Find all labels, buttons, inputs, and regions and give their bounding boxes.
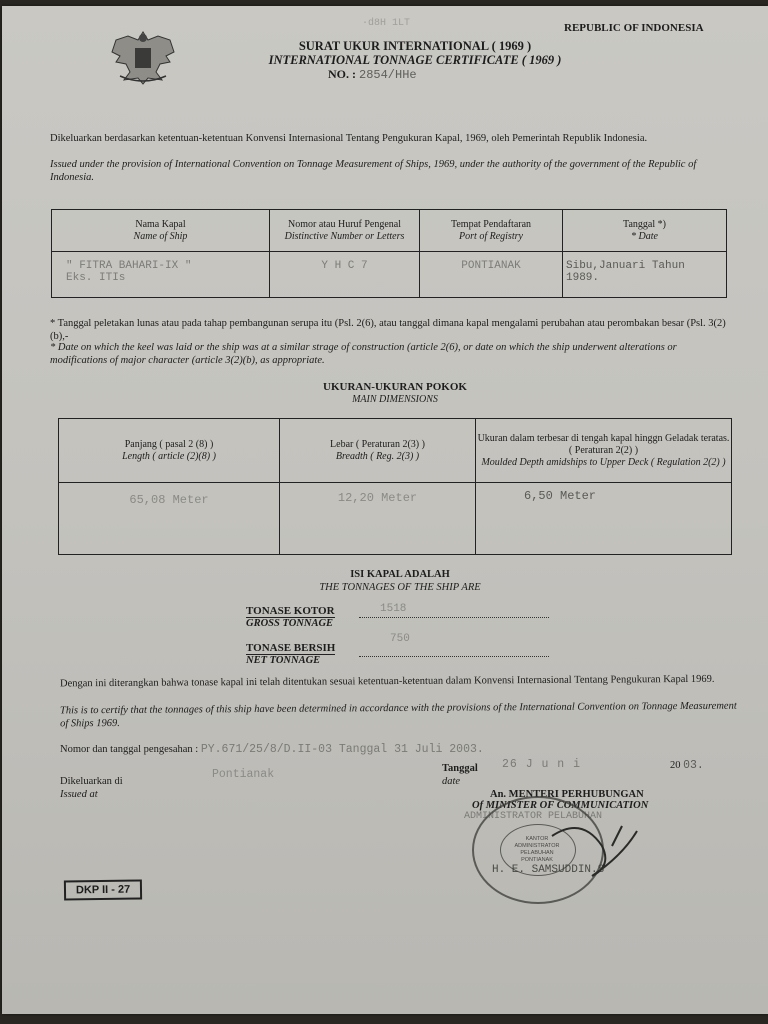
- table-row: 65,08 Meter 12,20 Meter 6,50 Meter: [59, 483, 732, 555]
- footnote-english: * Date on which the keel was laid or the…: [50, 342, 730, 367]
- number-label: NO. :: [328, 67, 356, 81]
- date-label: Tanggal date: [442, 763, 478, 788]
- intro-english: Issued under the provision of Internatio…: [50, 159, 730, 184]
- tonnage-subtitle: THE TONNAGES OF THE SHIP ARE: [32, 582, 768, 593]
- header-date: Tanggal *)* Date: [563, 210, 727, 252]
- issued-place: Pontianak: [212, 768, 274, 781]
- gross-tonnage-label: TONASE KOTOR GROSS TONNAGE: [246, 605, 335, 629]
- header-length: Panjang ( pasal 2 (8) )Length ( article …: [59, 419, 280, 483]
- signature-scribble-icon: [542, 806, 652, 896]
- header-breadth: Lebar ( Peraturan 2(3) )Breadth ( Reg. 2…: [280, 419, 476, 483]
- title-english: INTERNATIONAL TONNAGE CERTIFICATE ( 1969…: [62, 53, 768, 68]
- certificate-number: NO. : 2854/HHe: [328, 67, 417, 82]
- header-port: Tempat PendaftaranPort of Registry: [420, 210, 563, 252]
- header-depth: Ukuran dalam terbesar di tengah kapal hi…: [476, 419, 732, 483]
- gross-tonnage-value: 1518: [380, 603, 406, 615]
- approval-label: Nomor dan tanggal pengesahan :: [60, 744, 198, 755]
- dimensions-header: Panjang ( pasal 2 (8) )Length ( article …: [59, 419, 732, 483]
- faint-stamp-mark: ·d8H 1LT: [362, 18, 410, 29]
- approval-value: PY.671/25/8/D.II-03 Tanggal 31 Juli 2003…: [201, 743, 484, 756]
- net-tonnage-line: [359, 644, 549, 657]
- title-indonesian: SURAT UKUR INTERNATIONAL ( 1969 ): [62, 39, 768, 54]
- form-code-box: DKP II - 27: [64, 879, 142, 900]
- net-tonnage-label: TONASE BERSIH NET TONNAGE: [246, 642, 335, 666]
- dimensions-table: Panjang ( pasal 2 (8) )Length ( article …: [58, 418, 732, 555]
- header-ship-name: Nama KapalName of Ship: [52, 210, 270, 252]
- depth-value: 6,50 Meter: [476, 483, 732, 555]
- ship-name-cell: " FITRA BAHARI-IX "Eks. ITIs: [52, 252, 270, 298]
- approval-line: Nomor dan tanggal pengesahan : PY.671/25…: [60, 743, 484, 756]
- certify-indonesian: Dengan ini diterangkan bahwa tonase kapa…: [60, 674, 740, 691]
- issued-date-value: 26 J u n i: [502, 758, 581, 771]
- main-dimensions-title: UKURAN-UKURAN POKOK: [22, 381, 768, 393]
- net-tonnage-value: 750: [390, 633, 410, 645]
- footnote-indonesian: * Tanggal peletakan lunas atau pada taha…: [50, 318, 730, 343]
- breadth-value: 12,20 Meter: [280, 483, 476, 555]
- issued-at-label: Dikeluarkan di Issued at: [60, 776, 123, 801]
- table-row: " FITRA BAHARI-IX "Eks. ITIs Y H C 7 PON…: [52, 252, 727, 298]
- date-cell: Sibu,Januari Tahun1989.: [563, 252, 727, 298]
- certificate-page: ·d8H 1LT REPUBLIC OF INDONESIA SURAT UKU…: [2, 6, 768, 1014]
- length-value: 65,08 Meter: [59, 483, 280, 555]
- tonnage-title: ISI KAPAL ADALAH: [32, 569, 768, 580]
- signature-line1: An. MENTERI PERHUBUNGAN: [462, 789, 702, 800]
- main-dimensions-subtitle: MAIN DIMENSIONS: [22, 394, 768, 405]
- country-label: REPUBLIC OF INDONESIA: [564, 22, 704, 34]
- distinctive-cell: Y H C 7: [270, 252, 420, 298]
- ship-table: Nama KapalName of Ship Nomor atau Huruf …: [51, 209, 727, 298]
- ship-table-header: Nama KapalName of Ship Nomor atau Huruf …: [52, 210, 727, 252]
- number-value: 2854/HHe: [359, 68, 417, 82]
- intro-indonesian: Dikeluarkan berdasarkan ketentuan-ketent…: [50, 133, 730, 146]
- issued-year: 20 03.: [670, 759, 704, 772]
- certify-english: This is to certify that the tonnages of …: [60, 701, 740, 731]
- header-distinctive: Nomor atau Huruf PengenalDistinctive Num…: [270, 210, 420, 252]
- port-cell: PONTIANAK: [420, 252, 563, 298]
